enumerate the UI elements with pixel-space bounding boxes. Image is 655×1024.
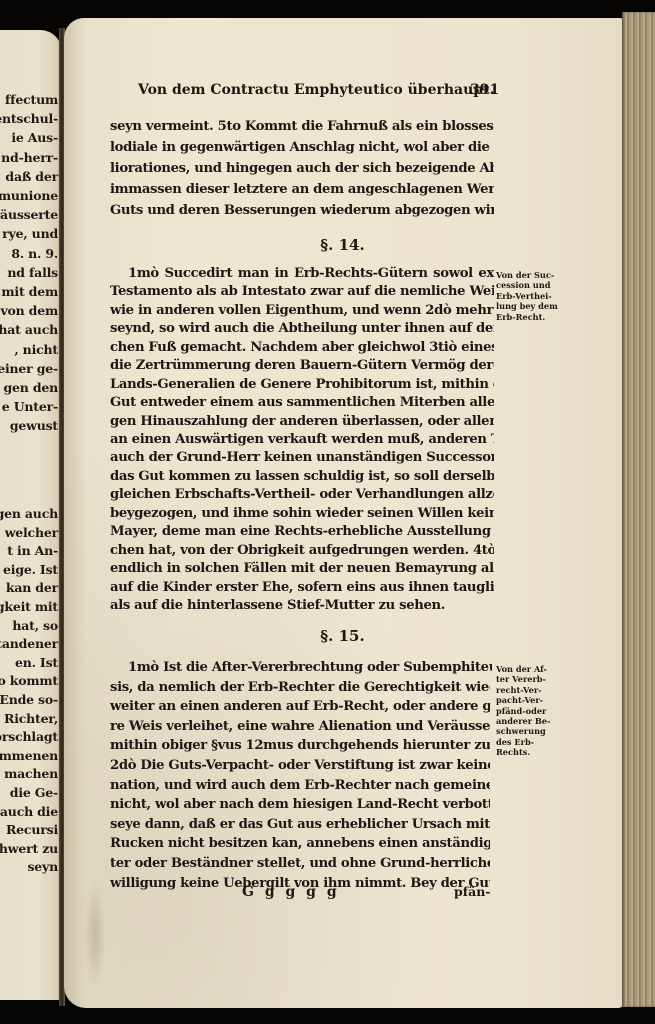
left-page-line: nd-herr- bbox=[1, 150, 58, 165]
left-page-line: ffectum bbox=[5, 92, 58, 107]
text-line: chen hat, von der Obrigkeit aufgedrungen… bbox=[110, 543, 494, 558]
page-stain bbox=[84, 880, 106, 990]
text-line: wie in anderen vollen Eigenthum, und wen… bbox=[110, 303, 494, 318]
book-scan: ffectumentschul-ie Aus-nd-herr-daß dermu… bbox=[0, 0, 655, 1024]
catchword: pfän- bbox=[454, 884, 491, 899]
text-line: immassen dieser letztere an dem angeschl… bbox=[110, 182, 494, 197]
left-page-line: ommenen bbox=[0, 748, 58, 763]
left-page-line: o kommt bbox=[0, 673, 58, 688]
text-line: nicht, wol aber nach dem hiesigen Land-R… bbox=[110, 797, 490, 812]
left-page-line: vorschlagt bbox=[0, 729, 58, 744]
text-line: re Weis verleihet, eine wahre Alienation… bbox=[110, 719, 490, 734]
text-line: 1mò Succedirt man in Erb-Rechts-Gütern s… bbox=[128, 266, 494, 281]
left-page-line: Ende so- bbox=[0, 692, 58, 707]
text-line: Guts und deren Besserungen wiederum abge… bbox=[110, 203, 494, 218]
text-line: als auf die hinterlassene Stief-Mutter z… bbox=[110, 598, 494, 613]
left-page-line: hwert zu bbox=[0, 841, 58, 856]
left-page-line: eige. Ist bbox=[3, 562, 58, 577]
marginal-note-line: Erb-Verthei- bbox=[496, 291, 556, 301]
left-page-line: Richter, bbox=[4, 711, 58, 726]
text-line: auch der Grund-Herr keinen unanständigen… bbox=[110, 450, 494, 465]
left-page-line: en. Ist bbox=[15, 655, 58, 670]
marginal-note-line: ter Vererb- bbox=[496, 674, 556, 684]
left-page-line: , nicht bbox=[14, 342, 58, 357]
left-page-line: nd falls bbox=[7, 265, 58, 280]
section-heading-15: §. 15. bbox=[0, 627, 655, 645]
text-line: die Zertrümmerung deren Bauern-Gütern Ve… bbox=[110, 358, 494, 373]
left-page-line: daß der bbox=[5, 169, 58, 184]
text-line: weiter an einen anderen auf Erb-Recht, o… bbox=[110, 699, 490, 714]
text-line: seyn vermeint. 5to Kommt die Fahrnuß als… bbox=[110, 119, 494, 134]
marginal-note-line: recht-Ver- bbox=[496, 685, 556, 695]
text-line: seynd, so wird auch die Abtheilung unter… bbox=[110, 321, 494, 336]
text-line: Mayer, deme man eine Rechts-erhebliche A… bbox=[110, 524, 494, 539]
left-page-line: einer ge- bbox=[0, 361, 58, 376]
left-page-line: t machen bbox=[0, 766, 58, 781]
signature-mark: G g g g g bbox=[242, 884, 340, 900]
marginal-note-line: cession und bbox=[496, 280, 556, 290]
text-line: 2dò Die Guts-Verpacht- oder Verstiftung … bbox=[110, 758, 490, 773]
left-page-line: räusserte bbox=[0, 207, 58, 222]
marginal-note-line: Rechts. bbox=[496, 747, 556, 757]
running-head: Von dem Contractu Emphyteutico überhaupt… bbox=[138, 82, 494, 98]
marginal-note-line: Von der Suc- bbox=[496, 270, 556, 280]
marginal-note-line: Erb-Recht. bbox=[496, 312, 556, 322]
text-line: mithin obiger §vus 12mus durchgehends hi… bbox=[110, 738, 490, 753]
marginal-note-line: Von der Af- bbox=[496, 664, 556, 674]
text-line: gen Hinauszahlung der anderen überlassen… bbox=[110, 414, 494, 429]
left-page-line: Recursi bbox=[6, 822, 58, 837]
marginal-note-line: des Erb- bbox=[496, 737, 556, 747]
left-page: ffectumentschul-ie Aus-nd-herr-daß dermu… bbox=[0, 30, 62, 1000]
left-page-line: hat auch bbox=[0, 322, 58, 337]
marginal-note-14: Von der Suc- cession und Erb-Verthei- lu… bbox=[496, 270, 556, 322]
marginal-note-line: schwerung bbox=[496, 726, 556, 736]
page-edges bbox=[622, 12, 655, 1007]
left-page-line: entschul- bbox=[0, 111, 58, 126]
text-line: nation, und wird auch dem Erb-Rechter na… bbox=[110, 778, 490, 793]
text-line: an einen Auswärtigen verkauft werden muß… bbox=[110, 432, 494, 447]
left-page-line: , welcher bbox=[0, 525, 58, 540]
text-line: Lands-Generalien de Genere Prohibitorum … bbox=[110, 377, 494, 392]
text-line: lodiale in gegenwärtigen Anschlag nicht,… bbox=[110, 140, 494, 155]
text-line: liorationes, und hingegen auch der sich … bbox=[110, 161, 494, 176]
left-page-line: ie Aus- bbox=[11, 130, 58, 145]
left-page-line: munione bbox=[0, 188, 58, 203]
left-page-line: mit dem bbox=[1, 284, 58, 299]
left-page-line: auch die bbox=[0, 804, 58, 819]
left-page-line: e Unter- bbox=[2, 399, 58, 414]
marginal-note-line: anderer Be- bbox=[496, 716, 556, 726]
text-line: Rucken nicht besitzen kan, annebens eine… bbox=[110, 836, 490, 851]
text-line: chen Fuß gemacht. Nachdem aber gleichwol… bbox=[110, 340, 494, 355]
text-line: Testamento als ab Intestato zwar auf die… bbox=[110, 284, 494, 299]
marginal-note-15: Von der Af-ter Vererb-recht-Ver-pacht-Ve… bbox=[496, 664, 556, 758]
left-page-line: igen auch bbox=[0, 506, 58, 521]
text-line: seye dann, daß er das Gut aus erhebliche… bbox=[110, 817, 490, 832]
left-page-line: gkeit mit bbox=[0, 599, 58, 614]
text-line: ter oder Beständner stellet, und ohne Gr… bbox=[110, 856, 490, 871]
section-heading-14: §. 14. bbox=[0, 236, 655, 254]
left-page-line: t in An- bbox=[7, 543, 58, 558]
left-page-line: gewust bbox=[10, 418, 58, 433]
left-page-line: gen den bbox=[3, 380, 58, 395]
left-page-line: die Ge- bbox=[10, 785, 58, 800]
text-line: auf die Kinder erster Ehe, sofern eins a… bbox=[110, 580, 494, 595]
text-line: Gut entweder einem aus sammentlichen Mit… bbox=[110, 395, 494, 410]
left-page-line: kan der bbox=[6, 580, 58, 595]
left-page-line: von dem bbox=[0, 303, 58, 318]
text-line: das Gut kommen zu lassen schuldig ist, s… bbox=[110, 469, 494, 484]
marginal-note-line: pfänd-oder bbox=[496, 706, 556, 716]
page-number: 391 bbox=[470, 82, 499, 98]
text-line: beygezogen, und ihme sohin wieder seinen… bbox=[110, 506, 494, 521]
text-line: gleichen Erbschafts-Vertheil- oder Verha… bbox=[110, 487, 494, 502]
text-line: endlich in solchen Fällen mit der neuen … bbox=[110, 561, 494, 576]
left-page-line: seyn bbox=[27, 859, 58, 874]
text-line: 1mò Ist die After-Vererbrechtung oder Su… bbox=[128, 660, 492, 675]
marginal-note-line: lung bey dem bbox=[496, 301, 556, 311]
text-line: sis, da nemlich der Erb-Rechter die Gere… bbox=[110, 680, 490, 695]
marginal-note-line: pacht-Ver- bbox=[496, 695, 556, 705]
